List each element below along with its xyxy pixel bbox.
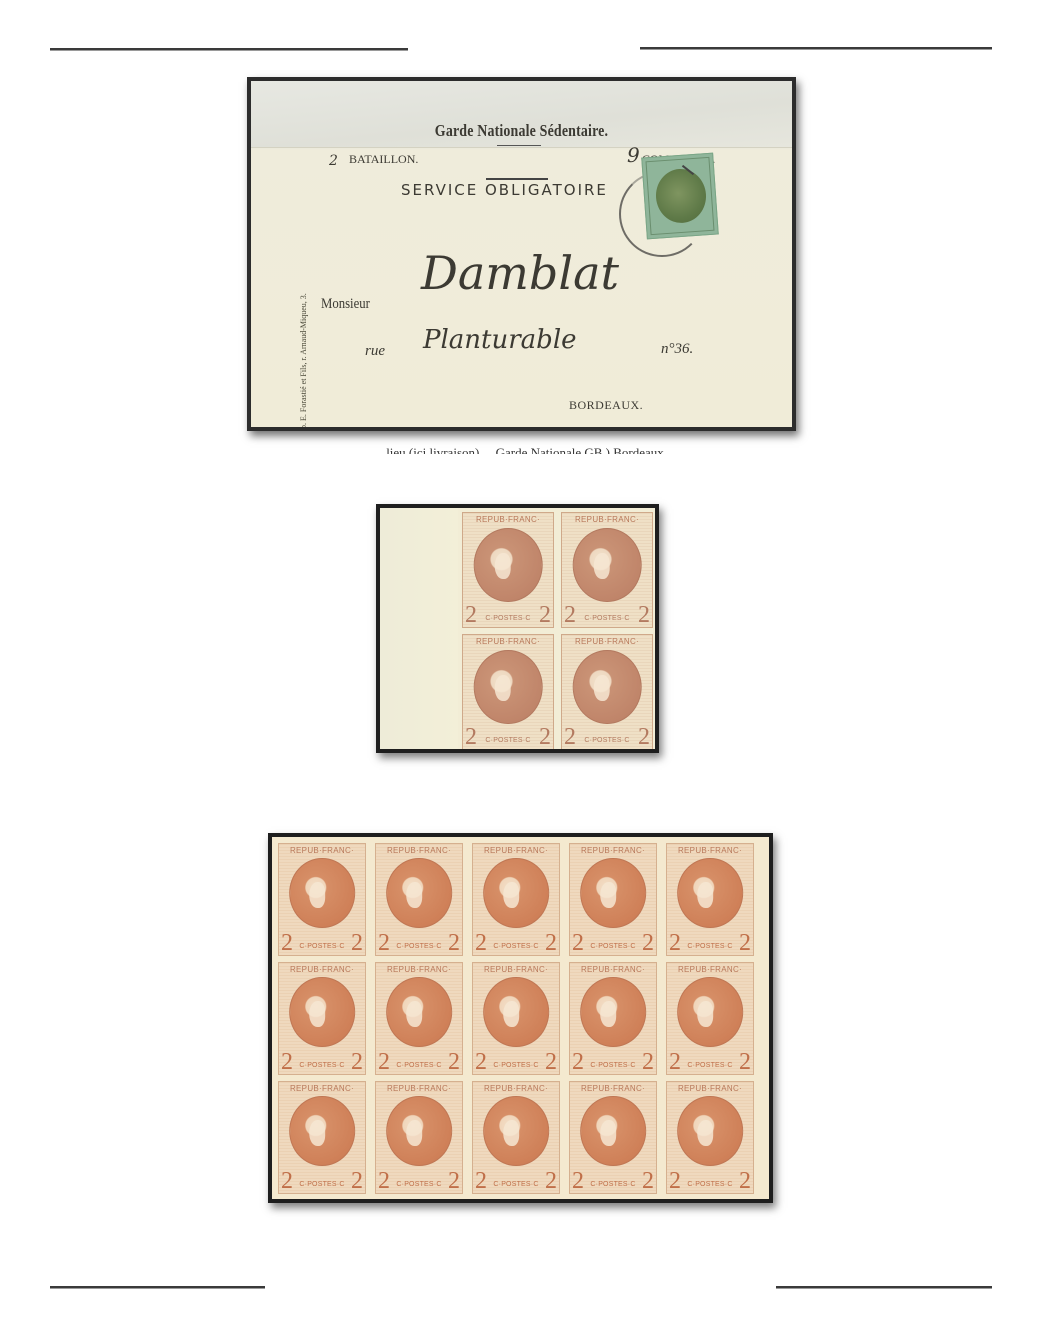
stamp-bottom: 2C·POSTES·C2 [281,1051,363,1073]
ceres-face-icon [309,1120,325,1146]
stamp-value-right: 2 [642,1170,654,1192]
ceres-medallion-icon [483,858,549,928]
green-stamp [641,153,719,240]
stamp-bottom-text: C·POSTES·C [493,943,538,954]
stamp-value-left: 2 [669,1170,681,1192]
stamp-value-left: 2 [564,726,576,748]
cover-heading: Garde Nationale Sédentaire. [300,121,744,141]
stamp-value-left: 2 [475,932,487,954]
stamp-value-left: 2 [572,932,584,954]
stamp: REPUB·FRANC·2C·POSTES·C2 [375,1081,463,1194]
stamp-bottom: 2C·POSTES·C2 [669,1051,751,1073]
ceres-medallion-icon [386,977,452,1047]
stamp-value-left: 2 [572,1051,584,1073]
stamp-value-right: 2 [448,1170,460,1192]
ceres-face-icon [697,1120,713,1146]
stamp-top-text: REPUB·FRANC· [667,846,753,855]
stamp-value-right: 2 [539,604,551,626]
stamp-bottom: 2C·POSTES·C2 [378,1051,460,1073]
stamp-bottom-text: C·POSTES·C [590,1181,635,1192]
stamp-bottom-text: C·POSTES·C [299,943,344,954]
ceres-face-icon [600,1001,616,1027]
stamp-bottom: 2C·POSTES·C2 [572,1051,654,1073]
stamp-value-left: 2 [281,932,293,954]
stamp: REPUB·FRANC·2C·POSTES·C2 [462,512,554,628]
stamp-top-text: REPUB·FRANC· [562,515,652,524]
stamp-bottom: 2C·POSTES·C2 [475,1170,557,1192]
stamp-value-right: 2 [539,726,551,748]
stamp: REPUB·FRANC·2C·POSTES·C2 [375,843,463,956]
stamp-bottom: 2C·POSTES·C2 [465,604,551,626]
service-label: SERVICE OBLIGATOIRE [401,181,608,199]
stamp-top-text: REPUB·FRANC· [279,846,365,855]
stamp-value-right: 2 [638,604,650,626]
stamp-value-right: 2 [448,1051,460,1073]
stamp-value-left: 2 [465,726,477,748]
stamp-bottom-text: C·POSTES·C [396,1062,441,1073]
ceres-face-icon [309,1001,325,1027]
stamp: REPUB·FRANC·2C·POSTES·C2 [278,1081,366,1194]
stamp-value-right: 2 [642,1051,654,1073]
ceres-face-icon [406,882,422,908]
stamp: REPUB·FRANC·2C·POSTES·C2 [375,962,463,1075]
stamp-value-right: 2 [545,932,557,954]
stamp-value-right: 2 [739,1170,751,1192]
stamp-bottom-text: C·POSTES·C [590,1062,635,1073]
stamp-bottom-text: C·POSTES·C [493,1181,538,1192]
sheet-margin [380,508,458,749]
ceres-face-icon [309,882,325,908]
ceres-face-icon [600,1120,616,1146]
stamp-bottom: 2C·POSTES·C2 [378,932,460,954]
block-of-fifteen: REPUB·FRANC·2C·POSTES·C2REPUB·FRANC·2C·P… [272,837,769,1199]
ceres-medallion-icon [573,650,642,724]
ceres-medallion-icon [580,1096,646,1166]
stamp-value-right: 2 [351,932,363,954]
ceres-face-icon [495,553,511,579]
stamp: REPUB·FRANC·2C·POSTES·C2 [569,843,657,956]
caption-text: lieu (ici livraison) ... Garde Nationale… [210,448,840,454]
stamp-top-text: REPUB·FRANC· [473,965,559,974]
block-of-four-image: REPUB·FRANC·2C·POSTES·C2REPUB·FRANC·2C·P… [376,504,659,753]
stamp-value-right: 2 [351,1170,363,1192]
ceres-medallion-icon [474,528,543,602]
stamp-value-right: 2 [638,726,650,748]
stamp-value-right: 2 [351,1051,363,1073]
footer-rule-right [776,1286,992,1288]
stamp-top-text: REPUB·FRANC· [667,965,753,974]
ceres-face-icon [697,1001,713,1027]
stamp-grid: REPUB·FRANC·2C·POSTES·C2REPUB·FRANC·2C·P… [462,512,653,749]
stamp-bottom-text: C·POSTES·C [396,1181,441,1192]
stamp-bottom-text: C·POSTES·C [493,1062,538,1073]
ceres-medallion-icon [573,528,642,602]
ceres-medallion-icon [386,858,452,928]
cover-image: Garde Nationale Sédentaire. 2 BATAILLON.… [247,77,796,431]
stamp-top-text: REPUB·FRANC· [376,965,462,974]
stamp-value-left: 2 [475,1170,487,1192]
compagnie-number: 9 [627,143,640,167]
ceres-medallion-icon [386,1096,452,1166]
stamp-bottom: 2C·POSTES·C2 [564,726,650,748]
ceres-face-icon [594,553,610,579]
stamp-top-text: REPUB·FRANC· [463,637,553,646]
monsieur-label: Monsieur [321,296,370,313]
ceres-medallion-icon [289,1096,355,1166]
stamp-top-text: REPUB·FRANC· [562,637,652,646]
stamp-bottom-text: C·POSTES·C [590,943,635,954]
heading-underline [497,145,541,146]
header-rule-right [640,47,992,49]
stamp: REPUB·FRANC·2C·POSTES·C2 [472,962,560,1075]
stamp-bottom: 2C·POSTES·C2 [378,1170,460,1192]
stamp: REPUB·FRANC·2C·POSTES·C2 [472,1081,560,1194]
stamp-bottom: 2C·POSTES·C2 [475,1051,557,1073]
footer-rule-left [50,1286,265,1288]
stamp-top-text: REPUB·FRANC· [376,846,462,855]
service-divider [486,178,548,180]
ceres-medallion-icon [483,977,549,1047]
stamp-bottom-text: C·POSTES·C [299,1062,344,1073]
ceres-face-icon [697,882,713,908]
ceres-medallion-icon [289,977,355,1047]
ceres-face-icon [503,1001,519,1027]
bataillon-label: BATAILLON. [349,152,418,167]
stamp-bottom-text: C·POSTES·C [485,737,530,748]
stamp-top-text: REPUB·FRANC· [279,965,365,974]
stamp-value-left: 2 [475,1051,487,1073]
city-label: BORDEAUX. [569,398,643,413]
stamp: REPUB·FRANC·2C·POSTES·C2 [569,1081,657,1194]
ceres-medallion-icon [483,1096,549,1166]
stamp-value-left: 2 [669,932,681,954]
stamp-value-left: 2 [378,1051,390,1073]
stamp-grid: REPUB·FRANC·2C·POSTES·C2REPUB·FRANC·2C·P… [278,843,754,1194]
stamp-top-text: REPUB·FRANC· [279,1084,365,1093]
stamp-value-right: 2 [545,1051,557,1073]
stamp-value-left: 2 [669,1051,681,1073]
recipient-name: Damblat [421,246,619,300]
stamp-value-left: 2 [378,932,390,954]
stamp-bottom: 2C·POSTES·C2 [281,932,363,954]
ceres-medallion-icon [474,650,543,724]
stamp-value-left: 2 [572,1170,584,1192]
stamp-bottom: 2C·POSTES·C2 [465,726,551,748]
stamp-value-right: 2 [739,1051,751,1073]
house-number: n°36. [661,341,693,358]
stamp-bottom: 2C·POSTES·C2 [572,1170,654,1192]
ceres-face-icon [406,1001,422,1027]
ceres-medallion-icon [677,1096,743,1166]
ceres-medallion-icon [677,977,743,1047]
stamp: REPUB·FRANC·2C·POSTES·C2 [278,843,366,956]
stamp-top-text: REPUB·FRANC· [570,1084,656,1093]
stamp-value-right: 2 [448,932,460,954]
ceres-medallion-icon [289,858,355,928]
stamp-bottom-text: C·POSTES·C [396,943,441,954]
stamp-top-text: REPUB·FRANC· [463,515,553,524]
printer-imprint: p. E. Forastié et Fils, r. Arnaud-Miqueu… [299,293,308,427]
stamp-value-left: 2 [281,1170,293,1192]
header-rule-left [50,48,408,50]
stamp: REPUB·FRANC·2C·POSTES·C2 [472,843,560,956]
stamp-value-left: 2 [564,604,576,626]
stamp-top-text: REPUB·FRANC· [667,1084,753,1093]
stamp-top-text: REPUB·FRANC· [376,1084,462,1093]
stamp-top-text: REPUB·FRANC· [570,965,656,974]
stamp: REPUB·FRANC·2C·POSTES·C2 [561,634,653,749]
ceres-face-icon [406,1120,422,1146]
stamp: REPUB·FRANC·2C·POSTES·C2 [666,962,754,1075]
stamp-top-text: REPUB·FRANC· [473,846,559,855]
stamp-bottom-text: C·POSTES·C [485,615,530,626]
stamp-bottom-text: C·POSTES·C [687,1062,732,1073]
rue-label: rue [365,343,385,360]
stamp-bottom-text: C·POSTES·C [687,943,732,954]
stamp-value-right: 2 [642,932,654,954]
ceres-medallion-icon [580,858,646,928]
stamp: REPUB·FRANC·2C·POSTES·C2 [666,843,754,956]
stamp-bottom-text: C·POSTES·C [299,1181,344,1192]
ceres-face-icon [594,675,610,701]
stamp-top-text: REPUB·FRANC· [473,1084,559,1093]
cover-caption: lieu (ici livraison) ... Garde Nationale… [210,448,840,454]
stamp-bottom: 2C·POSTES·C2 [572,932,654,954]
stamp: REPUB·FRANC·2C·POSTES·C2 [569,962,657,1075]
stamp-top-text: REPUB·FRANC· [570,846,656,855]
ceres-medallion-icon [677,858,743,928]
stamp-value-left: 2 [281,1051,293,1073]
street-name: Planturable [423,325,577,355]
ceres-face-icon [600,882,616,908]
cover-envelope: Garde Nationale Sédentaire. 2 BATAILLON.… [251,81,792,427]
block-of-fifteen-image: REPUB·FRANC·2C·POSTES·C2REPUB·FRANC·2C·P… [268,833,773,1203]
ceres-face-icon [503,882,519,908]
bataillon-number: 2 [329,153,338,169]
stamp-bottom-text: C·POSTES·C [584,737,629,748]
ceres-medallion-icon [580,977,646,1047]
stamp: REPUB·FRANC·2C·POSTES·C2 [462,634,554,749]
ceres-face-icon [495,675,511,701]
stamp-bottom: 2C·POSTES·C2 [475,932,557,954]
block-of-four: REPUB·FRANC·2C·POSTES·C2REPUB·FRANC·2C·P… [380,508,655,749]
stamp-bottom-text: C·POSTES·C [584,615,629,626]
stamp: REPUB·FRANC·2C·POSTES·C2 [278,962,366,1075]
stamp-bottom: 2C·POSTES·C2 [564,604,650,626]
stamp-bottom: 2C·POSTES·C2 [669,1170,751,1192]
stamp-value-right: 2 [545,1170,557,1192]
stamp-value-left: 2 [465,604,477,626]
stamp-bottom-text: C·POSTES·C [687,1181,732,1192]
stamp: REPUB·FRANC·2C·POSTES·C2 [561,512,653,628]
stamp-value-right: 2 [739,932,751,954]
stamp-bottom: 2C·POSTES·C2 [281,1170,363,1192]
ceres-face-icon [503,1120,519,1146]
stamp-bottom: 2C·POSTES·C2 [669,932,751,954]
stamp: REPUB·FRANC·2C·POSTES·C2 [666,1081,754,1194]
stamp-value-left: 2 [378,1170,390,1192]
